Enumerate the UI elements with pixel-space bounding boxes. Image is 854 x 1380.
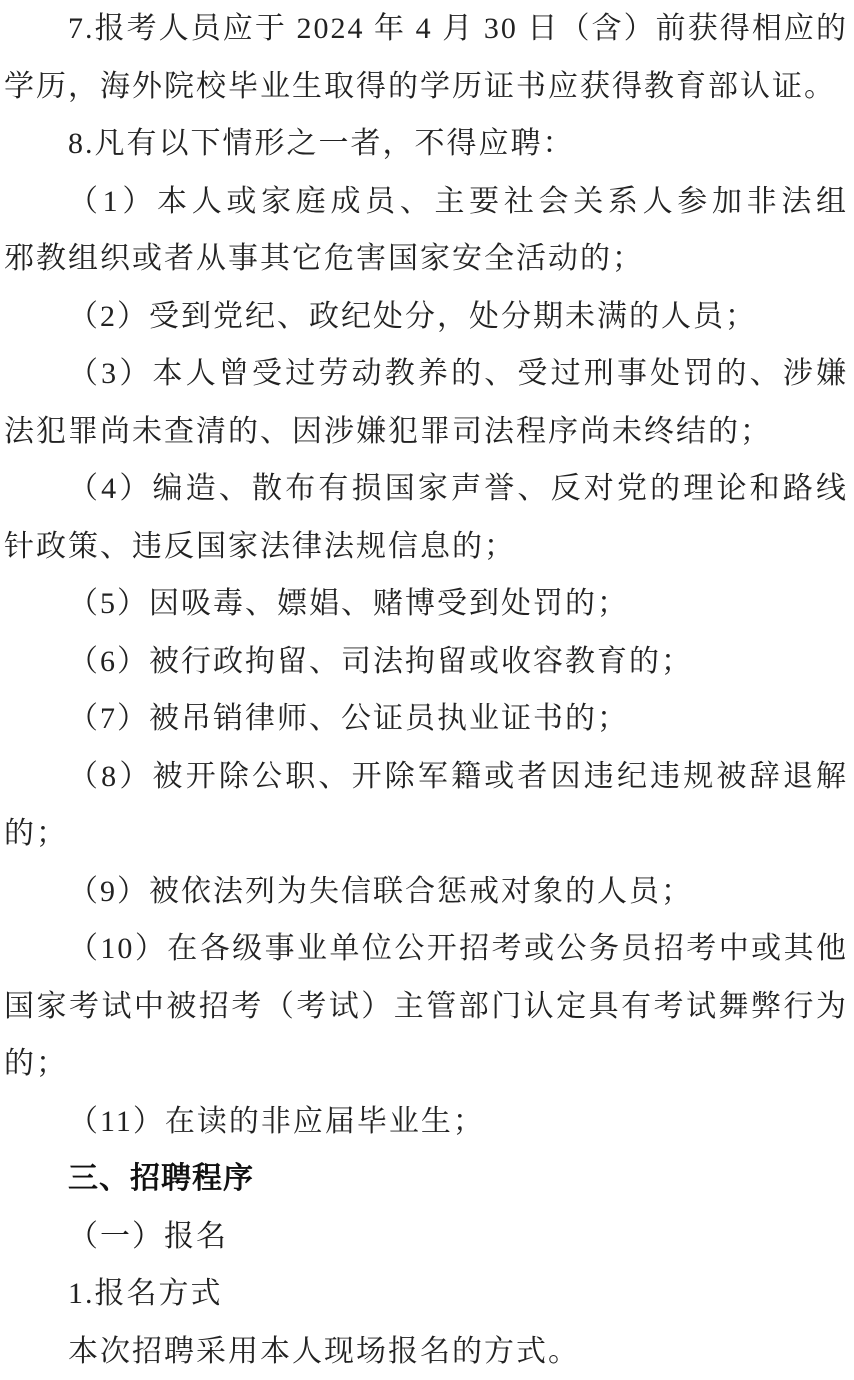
- paragraph: 7.报考人员应于 2024 年 4 月 30 日（含）前获得相应的学历，海外院校…: [4, 0, 848, 115]
- text-line: （2）受到党纪、政纪处分，处分期未满的人员；: [4, 288, 848, 346]
- text-line: （7）被吊销律师、公证员执业证书的；: [4, 690, 848, 748]
- text-line: （8）被开除公职、开除军籍或者因违纪违规被辞退解聘: [4, 748, 848, 806]
- paragraph: （6）被行政拘留、司法拘留或收容教育的；: [4, 633, 848, 691]
- section-heading: 三、招聘程序: [4, 1150, 848, 1208]
- text-line: （1）本人或家庭成员、主要社会关系人参加非法组织、: [4, 173, 848, 231]
- text-line: （11）在读的非应届毕业生；: [4, 1093, 848, 1151]
- text-line: （10）在各级事业单位公开招考或公务员招考中或其他: [4, 920, 848, 978]
- paragraph: （4）编造、散布有损国家声誉、反对党的理论和路线方针政策、违反国家法律法规信息的…: [4, 460, 848, 575]
- text-line: 7.报考人员应于 2024 年 4 月 30 日（含）前获得相应的: [4, 0, 848, 58]
- text-line: （5）因吸毒、嫖娼、赌博受到处罚的；: [4, 575, 848, 633]
- sub-section-heading: （一）报名: [4, 1208, 848, 1266]
- document-page: 7.报考人员应于 2024 年 4 月 30 日（含）前获得相应的学历，海外院校…: [0, 0, 854, 1380]
- text-line: （4）编造、散布有损国家声誉、反对党的理论和路线方: [4, 460, 848, 518]
- text-line: 邪教组织或者从事其它危害国家安全活动的；: [4, 230, 848, 288]
- paragraph: （7）被吊销律师、公证员执业证书的；: [4, 690, 848, 748]
- paragraph: （11）在读的非应届毕业生；: [4, 1093, 848, 1151]
- text-line: （9）被依法列为失信联合惩戒对象的人员；: [4, 863, 848, 921]
- text-line: 国家考试中被招考（考试）主管部门认定具有考试舞弊行为: [4, 978, 848, 1036]
- paragraph: 本次招聘采用本人现场报名的方式。: [4, 1323, 848, 1380]
- text-line: （一）报名: [4, 1208, 848, 1266]
- paragraph: （3）本人曾受过劳动教养的、受过刑事处罚的、涉嫌违法犯罪尚未查清的、因涉嫌犯罪司…: [4, 345, 848, 460]
- text-line: 1.报名方式: [4, 1265, 848, 1323]
- paragraph: （10）在各级事业单位公开招考或公务员招考中或其他国家考试中被招考（考试）主管部…: [4, 920, 848, 1093]
- paragraph: 1.报名方式: [4, 1265, 848, 1323]
- text-line: 的；: [4, 805, 848, 863]
- text-line: 法犯罪尚未查清的、因涉嫌犯罪司法程序尚未终结的；: [4, 403, 848, 461]
- text-line: 8.凡有以下情形之一者，不得应聘：: [4, 115, 848, 173]
- paragraph: 8.凡有以下情形之一者，不得应聘：: [4, 115, 848, 173]
- text-line: （3）本人曾受过劳动教养的、受过刑事处罚的、涉嫌违: [4, 345, 848, 403]
- document-body: 7.报考人员应于 2024 年 4 月 30 日（含）前获得相应的学历，海外院校…: [0, 0, 854, 1380]
- paragraph: （1）本人或家庭成员、主要社会关系人参加非法组织、邪教组织或者从事其它危害国家安…: [4, 173, 848, 288]
- text-line: 本次招聘采用本人现场报名的方式。: [4, 1323, 848, 1380]
- paragraph: （9）被依法列为失信联合惩戒对象的人员；: [4, 863, 848, 921]
- paragraph: （2）受到党纪、政纪处分，处分期未满的人员；: [4, 288, 848, 346]
- text-line: 三、招聘程序: [4, 1150, 848, 1208]
- text-line: 的；: [4, 1035, 848, 1093]
- paragraph: （8）被开除公职、开除军籍或者因违纪违规被辞退解聘的；: [4, 748, 848, 863]
- paragraph: （5）因吸毒、嫖娼、赌博受到处罚的；: [4, 575, 848, 633]
- text-line: （6）被行政拘留、司法拘留或收容教育的；: [4, 633, 848, 691]
- text-line: 学历，海外院校毕业生取得的学历证书应获得教育部认证。: [4, 58, 848, 116]
- text-line: 针政策、违反国家法律法规信息的；: [4, 518, 848, 576]
